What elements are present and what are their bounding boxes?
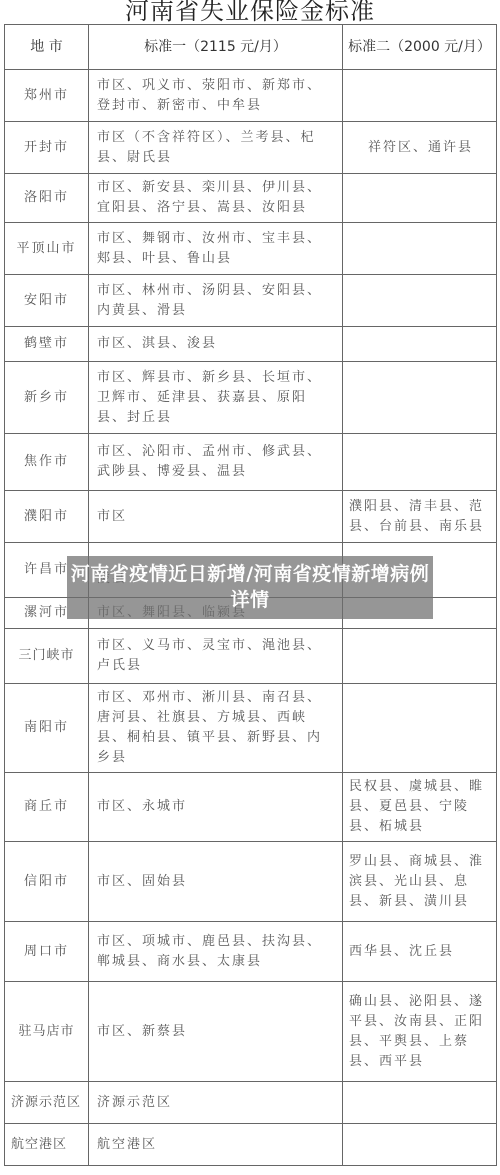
table-row: 济源示范区 济源示范区 xyxy=(5,1082,497,1124)
document-title: 河南省失业保险金标准 xyxy=(0,0,500,24)
standard2-cell xyxy=(343,1124,497,1166)
standard2-cell: 确山县、泌阳县、遂平县、汝南县、正阳县、平舆县、上蔡县、西平县 xyxy=(343,982,497,1082)
table-row: 南阳市 市区、邓州市、淅川县、南召县、唐河县、社旗县、方城县、西峡县、桐柏县、镇… xyxy=(5,684,497,773)
standard2-cell xyxy=(343,70,497,122)
standard1-cell: 市区 xyxy=(89,491,343,543)
standard2-cell xyxy=(343,275,497,327)
city-cell: 三门峡市 xyxy=(5,629,89,684)
standard2-cell: 祥符区、通许县 xyxy=(343,122,497,174)
city-cell: 驻马店市 xyxy=(5,982,89,1082)
standard1-cell: 市区、义马市、灵宝市、渑池县、卢氏县 xyxy=(89,629,343,684)
city-cell: 航空港区 xyxy=(5,1124,89,1166)
city-cell: 周口市 xyxy=(5,922,89,982)
table-header-row: 地 市 标准一（2115 元/月） 标准二（2000 元/月） xyxy=(5,25,497,70)
standard2-cell: 濮阳县、清丰县、范县、台前县、南乐县 xyxy=(343,491,497,543)
table-row: 安阳市 市区、林州市、汤阴县、安阳县、内黄县、滑县 xyxy=(5,275,497,327)
city-cell: 开封市 xyxy=(5,122,89,174)
city-cell: 平顶山市 xyxy=(5,223,89,275)
standard1-cell: 市区、沁阳市、孟州市、修武县、武陟县、博爱县、温县 xyxy=(89,434,343,491)
city-cell: 濮阳市 xyxy=(5,491,89,543)
header-city: 地 市 xyxy=(5,25,89,70)
table-row: 商丘市 市区、永城市 民权县、虞城县、睢县、夏邑县、宁陵县、柘城县 xyxy=(5,773,497,842)
standard1-cell: 市区、固始县 xyxy=(89,842,343,922)
table-row: 信阳市 市区、固始县 罗山县、商城县、淮滨县、光山县、息县、新县、潢川县 xyxy=(5,842,497,922)
table-row: 驻马店市 市区、新蔡县 确山县、泌阳县、遂平县、汝南县、正阳县、平舆县、上蔡县、… xyxy=(5,982,497,1082)
standard1-cell: 市区、舞钢市、汝州市、宝丰县、郏县、叶县、鲁山县 xyxy=(89,223,343,275)
standard1-cell: 市区、林州市、汤阴县、安阳县、内黄县、滑县 xyxy=(89,275,343,327)
city-cell: 新乡市 xyxy=(5,362,89,434)
city-cell: 鹤壁市 xyxy=(5,327,89,362)
standard1-cell: 航空港区 xyxy=(89,1124,343,1166)
standard1-cell: 市区、新蔡县 xyxy=(89,982,343,1082)
standard1-cell: 市区、巩义市、荥阳市、新郑市、登封市、新密市、中牟县 xyxy=(89,70,343,122)
city-cell: 安阳市 xyxy=(5,275,89,327)
standard1-cell: 市区、永城市 xyxy=(89,773,343,842)
city-cell: 郑州市 xyxy=(5,70,89,122)
city-cell: 商丘市 xyxy=(5,773,89,842)
standard2-cell: 民权县、虞城县、睢县、夏邑县、宁陵县、柘城县 xyxy=(343,773,497,842)
city-cell: 焦作市 xyxy=(5,434,89,491)
city-cell: 信阳市 xyxy=(5,842,89,922)
standard2-cell: 西华县、沈丘县 xyxy=(343,922,497,982)
standard1-cell: 市区、邓州市、淅川县、南召县、唐河县、社旗县、方城县、西峡县、桐柏县、镇平县、新… xyxy=(89,684,343,773)
table-row: 焦作市 市区、沁阳市、孟州市、修武县、武陟县、博爱县、温县 xyxy=(5,434,497,491)
header-standard1: 标准一（2115 元/月） xyxy=(89,25,343,70)
table-row: 新乡市 市区、辉县市、新乡县、长垣市、卫辉市、延津县、获嘉县、原阳县、封丘县 xyxy=(5,362,497,434)
standard2-cell: 罗山县、商城县、淮滨县、光山县、息县、新县、潢川县 xyxy=(343,842,497,922)
table-row: 三门峡市 市区、义马市、灵宝市、渑池县、卢氏县 xyxy=(5,629,497,684)
standard2-cell xyxy=(343,629,497,684)
table-row: 平顶山市 市区、舞钢市、汝州市、宝丰县、郏县、叶县、鲁山县 xyxy=(5,223,497,275)
table-row: 航空港区 航空港区 xyxy=(5,1124,497,1166)
table-row: 濮阳市 市区 濮阳县、清丰县、范县、台前县、南乐县 xyxy=(5,491,497,543)
table-row: 周口市 市区、项城市、鹿邑县、扶沟县、郸城县、商水县、太康县 西华县、沈丘县 xyxy=(5,922,497,982)
standard1-cell: 市区、新安县、栾川县、伊川县、宜阳县、洛宁县、嵩县、汝阳县 xyxy=(89,174,343,223)
standard1-cell: 市区、辉县市、新乡县、长垣市、卫辉市、延津县、获嘉县、原阳县、封丘县 xyxy=(89,362,343,434)
standard1-cell: 济源示范区 xyxy=(89,1082,343,1124)
standard2-cell xyxy=(343,1082,497,1124)
table-row: 郑州市 市区、巩义市、荥阳市、新郑市、登封市、新密市、中牟县 xyxy=(5,70,497,122)
city-cell: 洛阳市 xyxy=(5,174,89,223)
standard2-cell xyxy=(343,327,497,362)
caption-overlay: 河南省疫情近日新增/河南省疫情新增病例详情 xyxy=(67,556,433,619)
city-cell: 南阳市 xyxy=(5,684,89,773)
header-standard2: 标准二（2000 元/月） xyxy=(343,25,497,70)
table-row: 开封市 市区（不含祥符区）、兰考县、杞县、尉氏县 祥符区、通许县 xyxy=(5,122,497,174)
standard2-cell xyxy=(343,223,497,275)
standard2-cell xyxy=(343,174,497,223)
city-cell: 济源示范区 xyxy=(5,1082,89,1124)
standard1-cell: 市区（不含祥符区）、兰考县、杞县、尉氏县 xyxy=(89,122,343,174)
table-row: 鹤壁市 市区、淇县、浚县 xyxy=(5,327,497,362)
standard2-cell xyxy=(343,434,497,491)
standard1-cell: 市区、淇县、浚县 xyxy=(89,327,343,362)
standard1-cell: 市区、项城市、鹿邑县、扶沟县、郸城县、商水县、太康县 xyxy=(89,922,343,982)
standard2-cell xyxy=(343,362,497,434)
table-row: 洛阳市 市区、新安县、栾川县、伊川县、宜阳县、洛宁县、嵩县、汝阳县 xyxy=(5,174,497,223)
standard2-cell xyxy=(343,684,497,773)
